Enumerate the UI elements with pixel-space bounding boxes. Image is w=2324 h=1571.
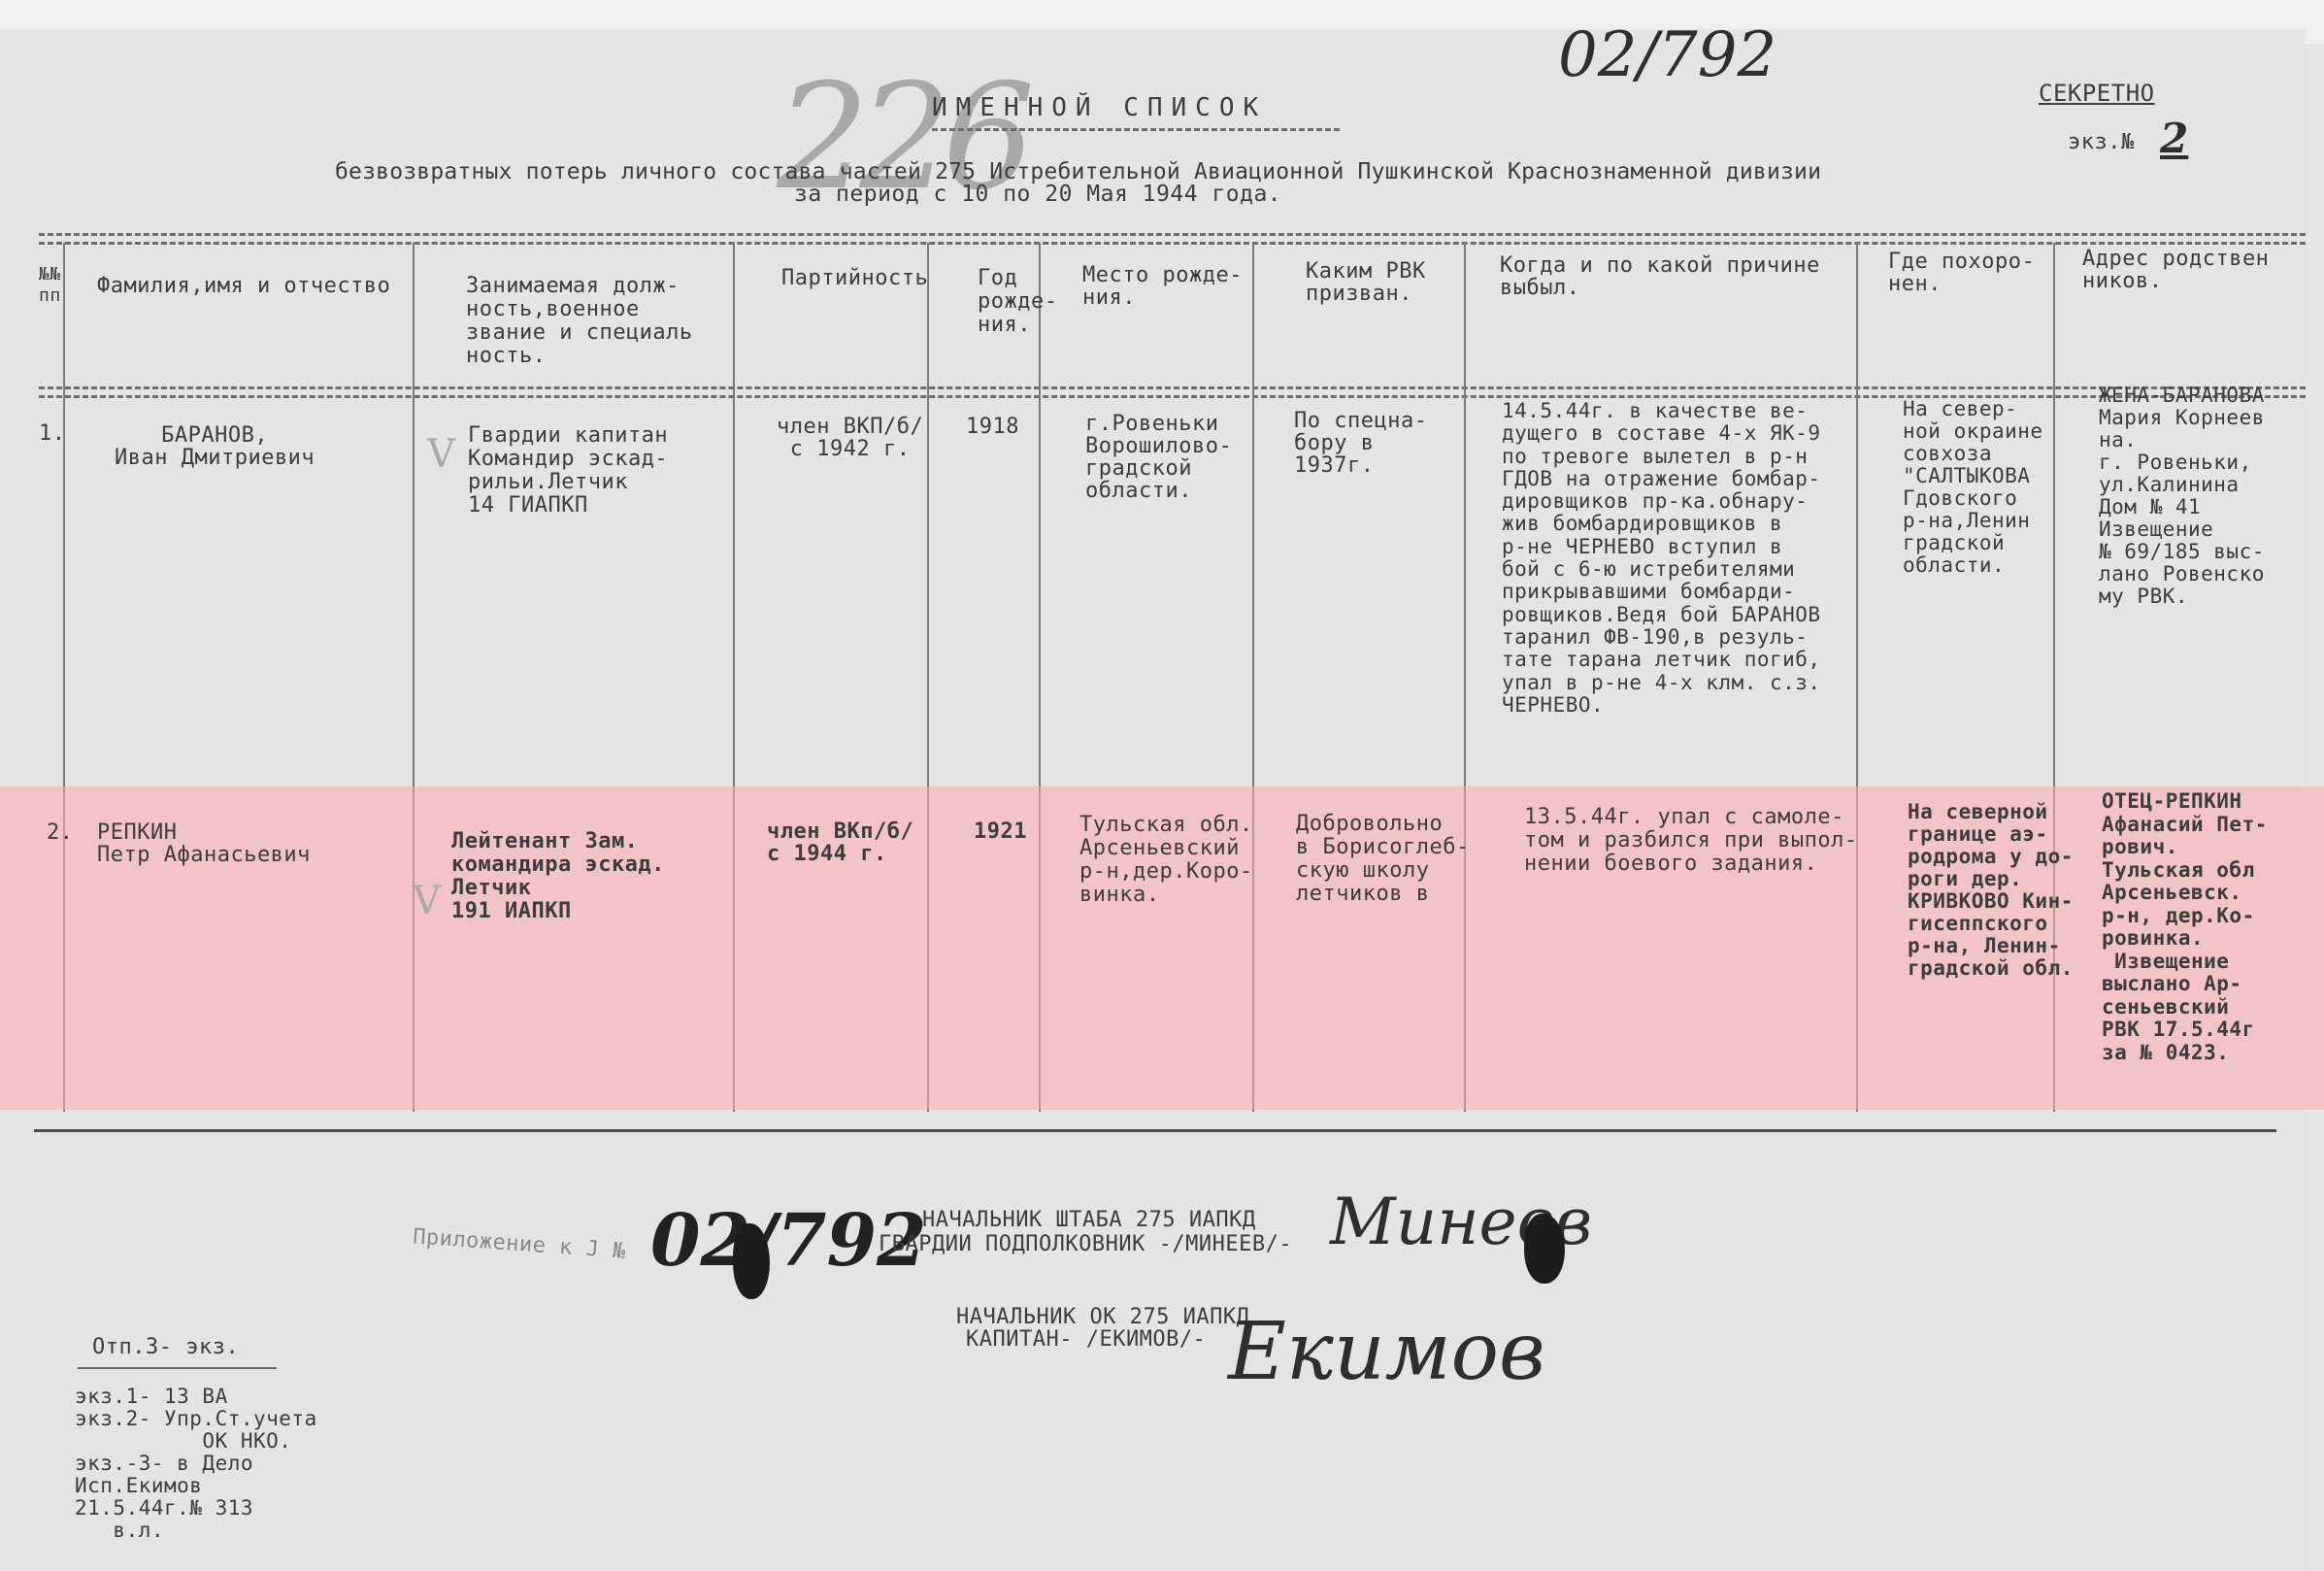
table-top-rule [39, 233, 2306, 245]
distribution-line: в.л. [75, 1520, 317, 1542]
distribution-header: Отп.3- экз. [92, 1336, 239, 1358]
distribution-line: ОК НКО. [75, 1430, 317, 1453]
document-subtitle-line2: за период с 10 по 20 Мая 1944 года. [794, 184, 1281, 206]
distribution-line: экз.2- Упр.Ст.учета [75, 1408, 317, 1430]
row-party: член ВКп/б/ с 1944 г. [767, 820, 913, 865]
signature-ekimov: Екимов [1228, 1306, 1545, 1398]
distribution-line: 21.5.44г.№ 313 [75, 1497, 317, 1520]
column-header-position: Занимаемая долж- ность,военное звание и … [466, 275, 693, 368]
document-subtitle-line1: безвозвратных потерь личного состава час… [335, 161, 1821, 184]
row-birthplace: г.Ровеньки Ворошилово- градской области. [1085, 413, 1232, 502]
chief-of-staff-rank-name: ГВАРДИИ ПОДПОЛКОВНИК -/МИНЕЕВ/- [879, 1233, 1292, 1255]
row-birth-year: 1918 [966, 416, 1019, 438]
distribution-list: экз.1- 13 ВА экз.2- Упр.Ст.учета ОК НКО.… [75, 1386, 317, 1542]
copy-number: 2 [2160, 115, 2188, 162]
column-header-name: Фамилия,имя и отчество [97, 275, 390, 297]
row-position: Гвардии капитан Командир эскад- рильи.Ле… [468, 424, 668, 518]
column-header-relatives: Адрес родствен ников. [2082, 248, 2269, 292]
row-party: член ВКП/б/ с 1942 г. [777, 416, 923, 460]
column-header-rvk: Каким РВК призван. [1306, 260, 1426, 305]
checkmark-icon: V [413, 879, 441, 923]
distribution-underline [78, 1367, 277, 1369]
checkmark-icon: V [427, 432, 455, 477]
distribution-line: экз.-3- в Дело [75, 1453, 317, 1475]
row-reason: 13.5.44г. упал с самоле- том и разбился … [1524, 806, 1858, 876]
archive-number-handwritten: 02/792 [1558, 19, 1776, 91]
title-underline [932, 128, 1340, 137]
classification-label: СЕКРЕТНО [2039, 83, 2155, 105]
row-relatives: ОТЕЦ-РЕПКИН Афанасий Пет- рович. Тульска… [2102, 790, 2268, 1064]
column-header-birthplace: Место рожде- ния. [1082, 264, 1243, 309]
row-burial: На северной границе аэ- родрома у до- ро… [1908, 801, 2074, 980]
row-number: 1. [39, 422, 66, 445]
ink-blot [1524, 1214, 1565, 1284]
row-rvk: Добровольно в Борисоглеб- скую школу лет… [1296, 813, 1470, 906]
ink-blot [733, 1223, 770, 1299]
row-birth-year: 1921 [974, 820, 1027, 843]
row-position: Лейтенант Зам. командира эскад. Летчик 1… [451, 830, 665, 923]
column-header-number: №№ пп [39, 264, 61, 307]
distribution-line: экз.1- 13 ВА [75, 1386, 317, 1408]
distribution-line: Исп.Екимов [75, 1475, 317, 1497]
row-rvk: По спецна- бору в 1937г. [1294, 410, 1427, 477]
chief-ok-title: НАЧАЛЬНИК ОК 275 ИАПКД [956, 1306, 1249, 1328]
row-burial: На север- ной окраине совхоза "САЛТЫКОВА… [1903, 398, 2043, 577]
table-bottom-rule [34, 1129, 2276, 1132]
row-name: БАРАНОВ, Иван Дмитриевич [115, 424, 315, 469]
copy-label: экз.№ [2068, 131, 2135, 153]
column-header-party: Партийность [781, 267, 928, 289]
row-birthplace: Тульская обл. Арсеньевский р-н,дер.Коро-… [1079, 814, 1253, 907]
row-number: 2. [47, 821, 74, 844]
row-name: РЕПКИН Петр Афанасьевич [97, 821, 311, 866]
row-relatives: ЖЕНА-БАРАНОВА Мария Корнеев на. г. Ровен… [2099, 384, 2265, 608]
chief-ok-rank-name: КАПИТАН- /ЕКИМОВ/- [966, 1328, 1206, 1351]
column-header-burial: Где похоро- нен. [1888, 251, 2035, 295]
chief-of-staff-title: НАЧАЛЬНИК ШТАБА 275 ИАПКД [922, 1209, 1256, 1231]
row-reason: 14.5.44г. в качестве ве- дущего в состав… [1502, 400, 1821, 717]
column-header-birth-year: Год рожде- ния. [978, 267, 1057, 337]
document-title: ИМЕННОЙ СПИСОК [932, 97, 1267, 119]
column-header-reason: Когда и по какой причине выбыл. [1500, 254, 1820, 299]
